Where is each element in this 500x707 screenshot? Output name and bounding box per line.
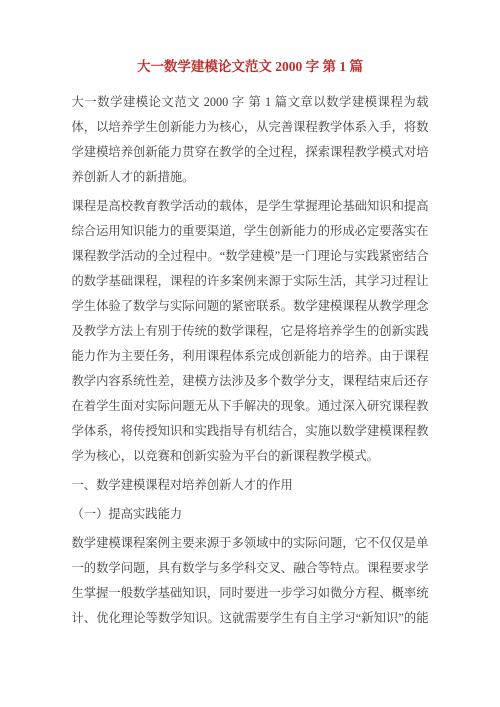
section-heading: 一、数学建模课程对培养创新人才的作用 [72, 473, 429, 498]
text-line: 能力作为主要任务，利用课程体系完成创新能力的培养。由于课程 [72, 344, 429, 369]
text-line: 学生体验了数学与实际问题的紧密联系。数学建模课程从教学理念 [72, 294, 429, 319]
subsection-heading: （一）提高实践能力 [72, 502, 429, 527]
paragraph-1: 大一数学建模论文范文 2000 字 第 1 篇文章以数学建模课程为载 体，以培养… [72, 90, 429, 190]
paragraph-2: 课程是高校教育教学活动的载体，是学生掌握理论基础知识和提高 综合运用知识能力的重… [72, 194, 429, 469]
text-line: 养创新人才的新措施。 [72, 165, 429, 190]
paragraph-3: 数学建模课程案例主要来源于多领域中的实际问题，它不仅仅是单 一的数学问题，具有数… [72, 531, 429, 631]
text-line: 计、优化理论等数学知识。这就需要学生有自主学习“新知识”的能 [72, 606, 429, 631]
document-content: 大一数学建模论文范文 2000 字 第 1 篇 大一数学建模论文范文 2000 … [72, 0, 429, 631]
text-line: 学建模培养创新能力贯穿在教学的全过程，探索课程教学模式对培 [72, 140, 429, 165]
heading-line: （一）提高实践能力 [72, 502, 429, 527]
text-line: 综合运用知识能力的重要渠道，学生创新能力的形成必定要落实在 [72, 219, 429, 244]
text-line: 及教学方法上有别于传统的数学课程，它是将培养学生的创新实践 [72, 319, 429, 344]
heading-line: 一、数学建模课程对培养创新人才的作用 [72, 473, 429, 498]
text-line: 的数学基础课程，课程的许多案例来源于实际生活，其学习过程让 [72, 269, 429, 294]
text-line: 教学内容系统性差，建模方法涉及多个数学分支，课程结束后还存 [72, 369, 429, 394]
text-line: 学体系，将传授知识和实践指导有机结合，实施以数学建模课程教 [72, 419, 429, 444]
text-line: 体，以培养学生创新能力为核心，从完善课程教学体系入手，将数 [72, 115, 429, 140]
text-line: 一的数学问题，具有数学与多学科交叉、融合等特点。课程要求学 [72, 556, 429, 581]
document-title: 大一数学建模论文范文 2000 字 第 1 篇 [72, 58, 429, 76]
text-line: 课程是高校教育教学活动的载体，是学生掌握理论基础知识和提高 [72, 194, 429, 219]
text-line: 在着学生面对实际问题无从下手解决的现象。通过深入研究课程教 [72, 394, 429, 419]
document-page: 大一数学建模论文范文 2000 字 第 1 篇 大一数学建模论文范文 2000 … [0, 0, 500, 707]
text-line: 课程教学活动的全过程中。“数学建模”是一门理论与实践紧密结合 [72, 244, 429, 269]
text-line: 学为核心，以竞赛和创新实验为平台的新课程教学模式。 [72, 444, 429, 469]
text-line: 大一数学建模论文范文 2000 字 第 1 篇文章以数学建模课程为载 [72, 90, 429, 115]
text-line: 数学建模课程案例主要来源于多领域中的实际问题，它不仅仅是单 [72, 531, 429, 556]
text-line: 生掌握一般数学基础知识，同时要进一步学习如微分方程、概率统 [72, 581, 429, 606]
